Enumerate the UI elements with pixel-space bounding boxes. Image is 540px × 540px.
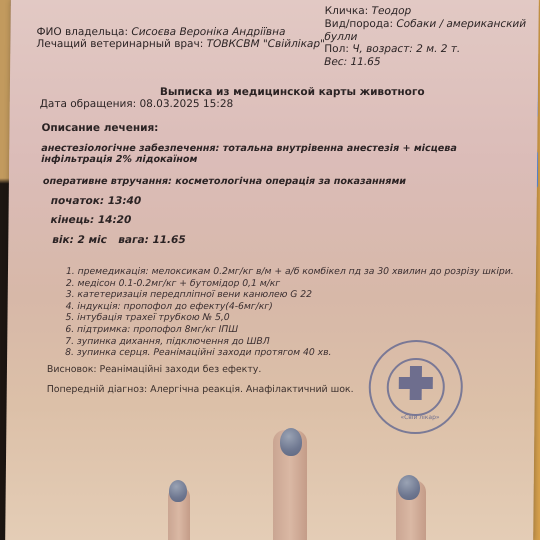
pet-name-value: Теодор [372,5,412,17]
sex-age-row: Пол: Ч, возраст: 2 м. 2 т. [324,43,460,55]
doctor-row: Лечащий ветеринарный врач: ТОВКСВМ "Свій… [36,38,325,50]
start-time: початок: 13:40 [51,195,142,207]
treatment-heading: Описание лечения: [41,122,158,134]
procedure-item: 2. медісон 0.1-0.2мг/кг + бутомідор 0,1 … [66,278,514,290]
species-label: Вид/порода: [325,18,394,30]
pet-name-label: Кличка: [325,5,369,17]
fingernail [280,428,302,456]
fingernail [169,480,187,502]
medical-record-paper: ФИО владельца: Сисоєва Вероніка Андріївн… [5,0,539,540]
visit-date-label: Дата обращения: [40,98,137,110]
sex-age-value: Ч, возраст: 2 м. 2 т. [352,43,460,55]
weight: вага: 11.65 [118,234,186,246]
doctor-label: Лечащий ветеринарный врач: [36,38,203,50]
procedure-item: 1. премедикація: мелоксикам 0.2мг/кг в/м… [66,266,514,278]
species-value-cont: булли [324,31,357,43]
age: вік: 2 міс [52,234,107,246]
fingernail [398,475,420,500]
pet-name-row: Кличка: Теодор [325,5,412,17]
end-time: кінець: 14:20 [50,214,131,226]
weight-row: Вес: 11.65 [324,56,381,68]
diagnosis: Попередній діагноз: Алергічна реакція. А… [47,384,354,396]
owner-row: ФИО владельца: Сисоєва Вероніка Андріївн… [36,26,285,38]
weight-value: 11.65 [350,56,380,68]
procedure-item: 4. індукція: пропофол до ефекту(4-6мг/кг… [66,301,514,313]
surgery-line: оперативне втручання: косметологічна опе… [43,176,406,188]
medical-cross-icon [399,366,433,400]
weight-label: Вес: [324,56,347,68]
procedure-item: 7. зупинка дихання, підключення до ШВЛ [65,336,513,348]
procedure-item: 3. катетеризація передпліпної вени канюл… [66,289,514,301]
visit-date-row: Дата обращения: 08.03.2025 15:28 [40,98,234,110]
anesthesia-line-cont: інфільтрація 2% лідокаїном [41,154,197,166]
procedure-list: 1. премедикація: мелоксикам 0.2мг/кг в/м… [65,266,514,359]
procedure-item: 6. підтримка: пропофол 8мг/кг ІПШ [65,324,513,336]
species-row: Вид/порода: Собаки / американский [325,18,527,30]
clinic-stamp: «Свій лікар» [368,340,463,434]
visit-date-value: 08.03.2025 15:28 [139,98,233,110]
owner-label: ФИО владельца: [36,26,128,38]
document-title: Выписка из медицинской карты животного [160,86,425,98]
stamp-text: «Свій лікар» [400,414,439,421]
species-value: Собаки / американский [396,18,526,30]
owner-value: Сисоєва Вероніка Андріївна [131,26,285,38]
doctor-value: ТОВКСВМ "Свійлікар" [207,38,325,50]
sex-label: Пол: [324,43,349,55]
procedure-item: 5. інтубація трахеї трубкою № 5,0 [65,312,513,324]
conclusion: Висновок: Реанімаційні заходи без ефекту… [47,364,262,376]
